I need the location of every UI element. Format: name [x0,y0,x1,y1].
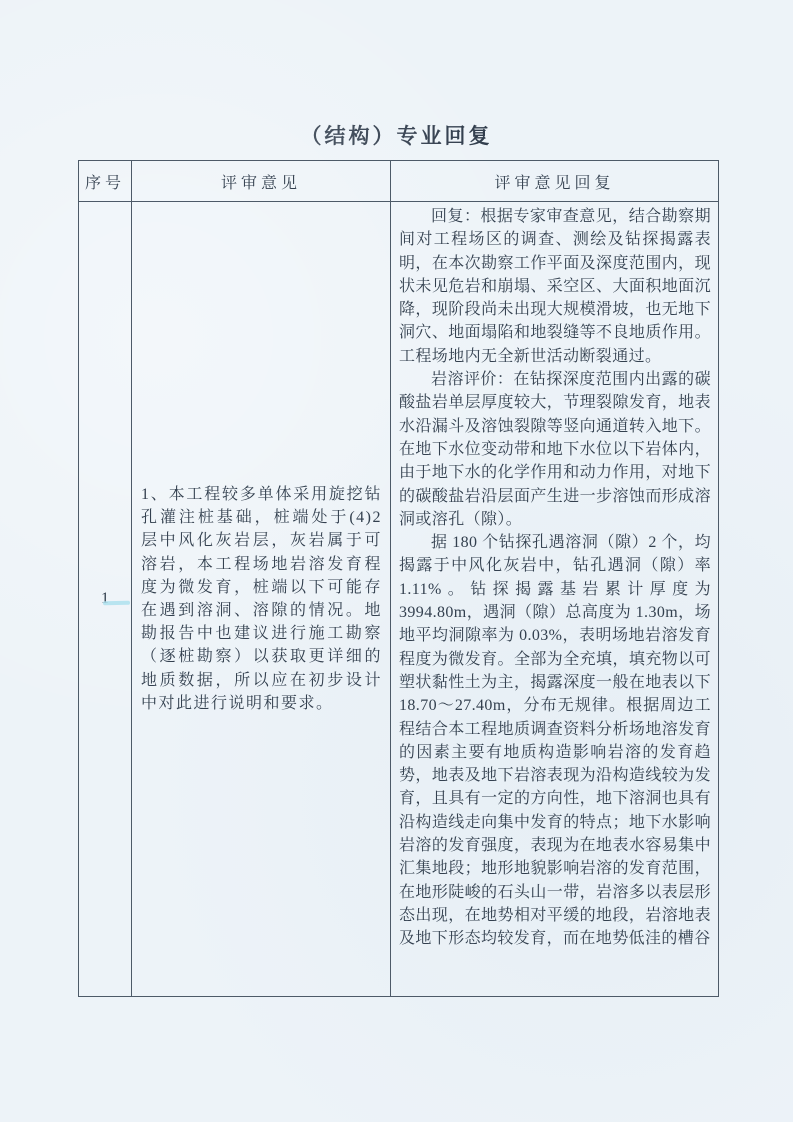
review-reply-cell: 回复：根据专家审查意见，结合勘察期间对工程场区的调查、测绘及钻探揭露表明，在本次… [391,202,719,997]
review-comment-text: 1、本工程较多单体采用旋挖钻孔灌注桩基础，桩端处于(4)2层中风化灰岩层，灰岩属… [141,483,382,715]
serial-number-cell: 1 [79,202,132,997]
reply-paragraph: 据 180 个钻探孔遇溶洞（隙）2 个，均揭露于中风化灰岩中，钻孔遇洞（隙）率 … [399,531,711,950]
page-title: （结构）专业回复 [0,120,793,150]
header-review-reply: 评审意见回复 [391,161,719,202]
header-serial-number: 序号 [79,161,132,202]
table-row: 1 1、本工程较多单体采用旋挖钻孔灌注桩基础，桩端处于(4)2层中风化灰岩层，灰… [79,202,719,997]
header-review-comment: 评审意见 [132,161,391,202]
review-comment-cell: 1、本工程较多单体采用旋挖钻孔灌注桩基础，桩端处于(4)2层中风化灰岩层，灰岩属… [132,202,391,997]
scan-highlight-artifact [103,601,130,605]
table-header-row: 序号 评审意见 评审意见回复 [79,161,719,202]
reply-paragraph: 回复：根据专家审查意见，结合勘察期间对工程场区的调查、测绘及钻探揭露表明，在本次… [399,205,711,368]
reply-paragraph: 岩溶评价：在钻探深度范围内出露的碳酸盐岩单层厚度较大，节理裂隙发育，地表水沿漏斗… [399,368,711,531]
scanned-document-page: （结构）专业回复 序号 评审意见 评审意见回复 1 1、本工程较多单体采用旋挖钻… [0,0,793,1122]
review-comments-table: 序号 评审意见 评审意见回复 1 1、本工程较多单体采用旋挖钻孔灌注桩基础，桩端… [78,160,719,997]
